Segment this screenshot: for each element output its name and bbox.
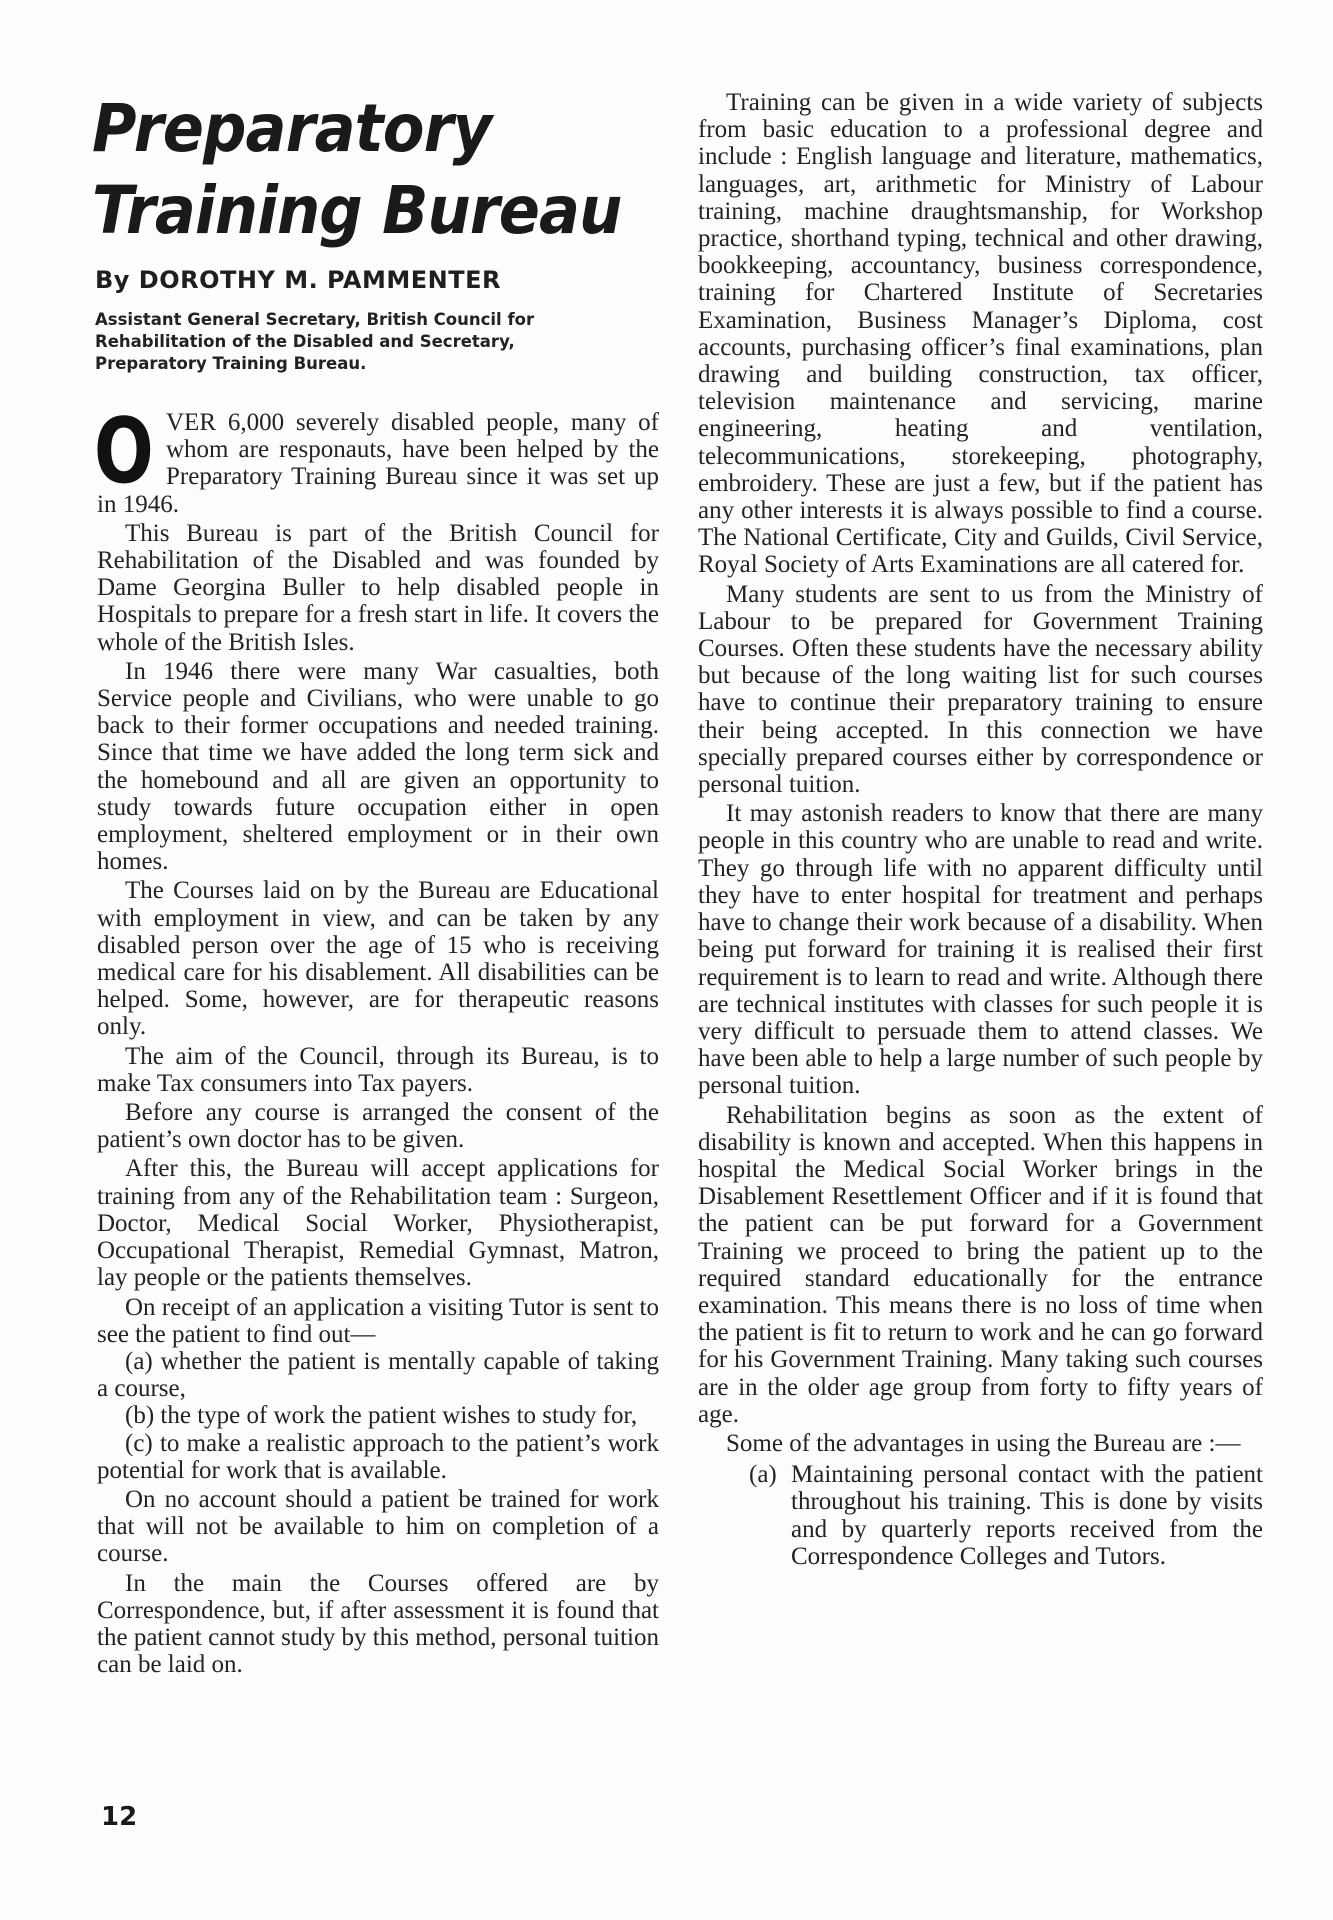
advantage-item: (a) Maintaining personal contact with th…: [749, 1461, 1263, 1570]
affiliation-line: Preparatory Training Bureau.: [95, 353, 655, 375]
author-byline: By DOROTHY M. PAMMENTER: [95, 266, 501, 294]
title-line-1: Preparatory: [92, 88, 621, 170]
paragraph: Before any course is arranged the consen…: [97, 1099, 659, 1153]
drop-cap: O: [94, 417, 135, 489]
paragraph: Some of the advantages in using the Bure…: [698, 1430, 1263, 1457]
affiliation-line: Assistant General Secretary, British Cou…: [95, 309, 655, 331]
criteria-item-c: (c) to make a realistic approach to the …: [97, 1430, 659, 1484]
magazine-page: Preparatory TrainingBureau By DOROTHY M.…: [0, 0, 1333, 1920]
opening-paragraph: OVER 6,000 severely disabled people, man…: [97, 409, 659, 518]
paragraph: In 1946 there were many War casualties, …: [97, 658, 659, 876]
list-item-text: Maintaining personal contact with the pa…: [791, 1461, 1263, 1570]
paragraph: This Bureau is part of the British Counc…: [97, 520, 659, 656]
page-number: 12: [101, 1802, 137, 1832]
paragraph: Rehabilitation begins as soon as the ext…: [698, 1102, 1263, 1428]
paragraph: The aim of the Council, through its Bure…: [97, 1043, 659, 1097]
paragraph: In the main the Courses offered are by C…: [97, 1570, 659, 1679]
criteria-item-b: (b) the type of work the patient wishes …: [97, 1402, 659, 1429]
paragraph: On receipt of an application a visiting …: [97, 1294, 659, 1348]
author-affiliation: Assistant General Secretary, British Cou…: [95, 309, 655, 375]
right-column: Training can be given in a wide variety …: [698, 89, 1263, 1570]
title-word-training: Training: [92, 172, 362, 249]
paragraph: On no account should a patient be traine…: [97, 1486, 659, 1568]
title-line-2: TrainingBureau: [92, 170, 621, 252]
paragraph: Many students are sent to us from the Mi…: [698, 581, 1263, 799]
paragraph: The Courses laid on by the Bureau are Ed…: [97, 877, 659, 1040]
paragraph: Training can be given in a wide variety …: [698, 89, 1263, 579]
title-word-bureau: Bureau: [382, 172, 621, 249]
affiliation-line: Rehabilitation of the Disabled and Secre…: [95, 331, 655, 353]
paragraph: It may astonish readers to know that the…: [698, 800, 1263, 1099]
article-title: Preparatory TrainingBureau: [92, 88, 621, 252]
criteria-item-a: (a) whether the patient is mentally capa…: [97, 1348, 659, 1402]
list-marker: (a): [749, 1461, 791, 1570]
left-column: OVER 6,000 severely disabled people, man…: [97, 409, 659, 1680]
paragraph: After this, the Bureau will accept appli…: [97, 1155, 659, 1291]
paragraph-text: VER 6,000 severely disabled people, many…: [97, 409, 659, 518]
